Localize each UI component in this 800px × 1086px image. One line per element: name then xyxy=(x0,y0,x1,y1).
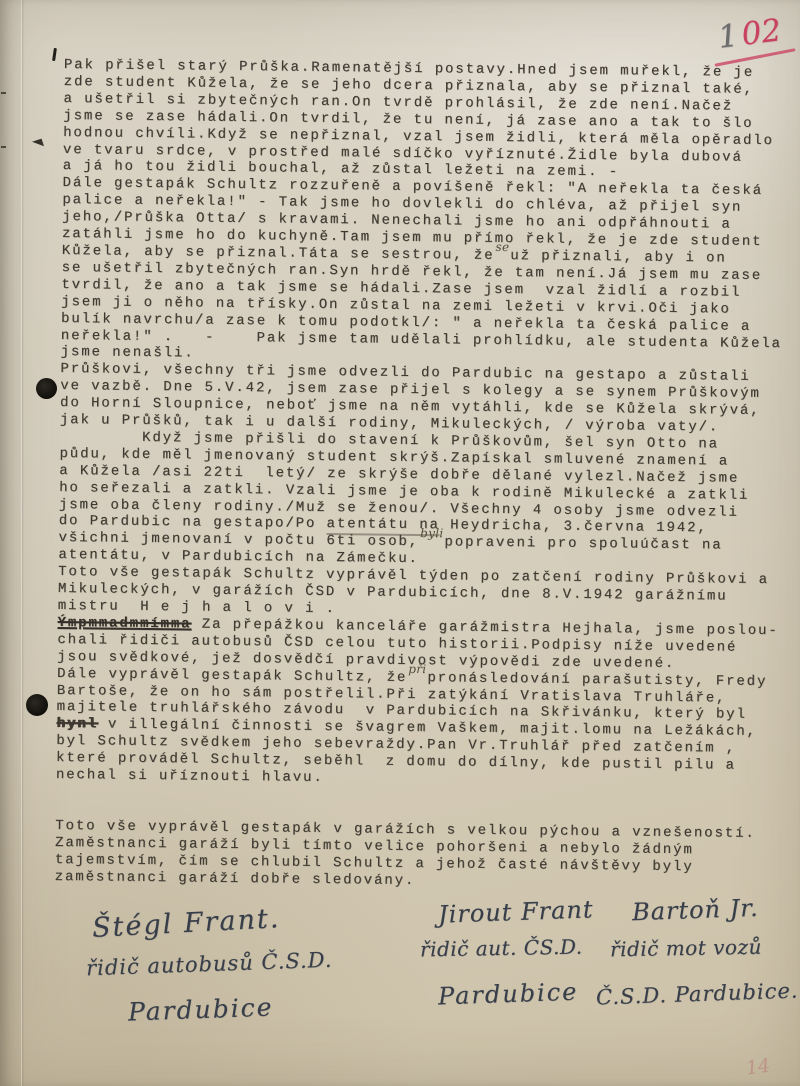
signature-right-role-1: řidič aut. ČS.D. xyxy=(420,935,583,962)
signature-right-role-2: řidič mot vozů xyxy=(610,935,762,962)
signature-right-city: Pardubice xyxy=(438,978,579,1011)
signature-right-name-2: Bartoň Jr. xyxy=(632,894,760,926)
typed-segment: mistru H e j h a l o v i . xyxy=(58,598,336,617)
typed-segment: jsme nenašli. xyxy=(61,344,195,362)
margin-ink-tick xyxy=(52,48,57,61)
typed-segment: Ýmpmmadmmímma xyxy=(57,615,191,633)
folio-digit-gray: 1 xyxy=(716,18,740,56)
signature-left-role: řidič autobusů Č.S.D. xyxy=(86,948,333,981)
scanned-document-page: 102 Pak přišel starý Průška.Ramenatější … xyxy=(0,0,800,1086)
folio-digits-red: 02 xyxy=(740,12,784,53)
scan-edge-shadow xyxy=(0,0,26,1086)
punch-hole-top xyxy=(36,378,57,399)
signature-right-name-1: Jirout Frant xyxy=(438,895,594,928)
typed-segment: nechal si uříznouti hlavu. xyxy=(56,767,324,786)
signature-right-org: Č.S.D. Pardubice. xyxy=(596,978,799,1009)
typed-segment: už přiznali, aby i on xyxy=(510,248,727,266)
margin-ink-arrow xyxy=(32,139,44,150)
edge-mark xyxy=(1,146,6,148)
typed-segment: popraveni pro spoluúčast na xyxy=(444,535,722,554)
typed-segment: zaměstnanci garáží dobře sledovány. xyxy=(55,868,416,888)
typed-segment: hynl xyxy=(56,716,97,732)
signature-left-city: Pardubice xyxy=(128,992,274,1026)
edge-mark xyxy=(1,92,6,94)
punch-hole-bottom xyxy=(26,694,48,716)
signature-left-name: Štégl Frant. xyxy=(91,903,281,944)
corner-pencil-mark: 14 xyxy=(745,1054,772,1079)
typed-text-block: Pak přišel starý Průška.Ramenatější post… xyxy=(55,57,800,894)
paper-fold-crease xyxy=(21,0,22,1086)
folio-number: 102 xyxy=(716,12,783,55)
